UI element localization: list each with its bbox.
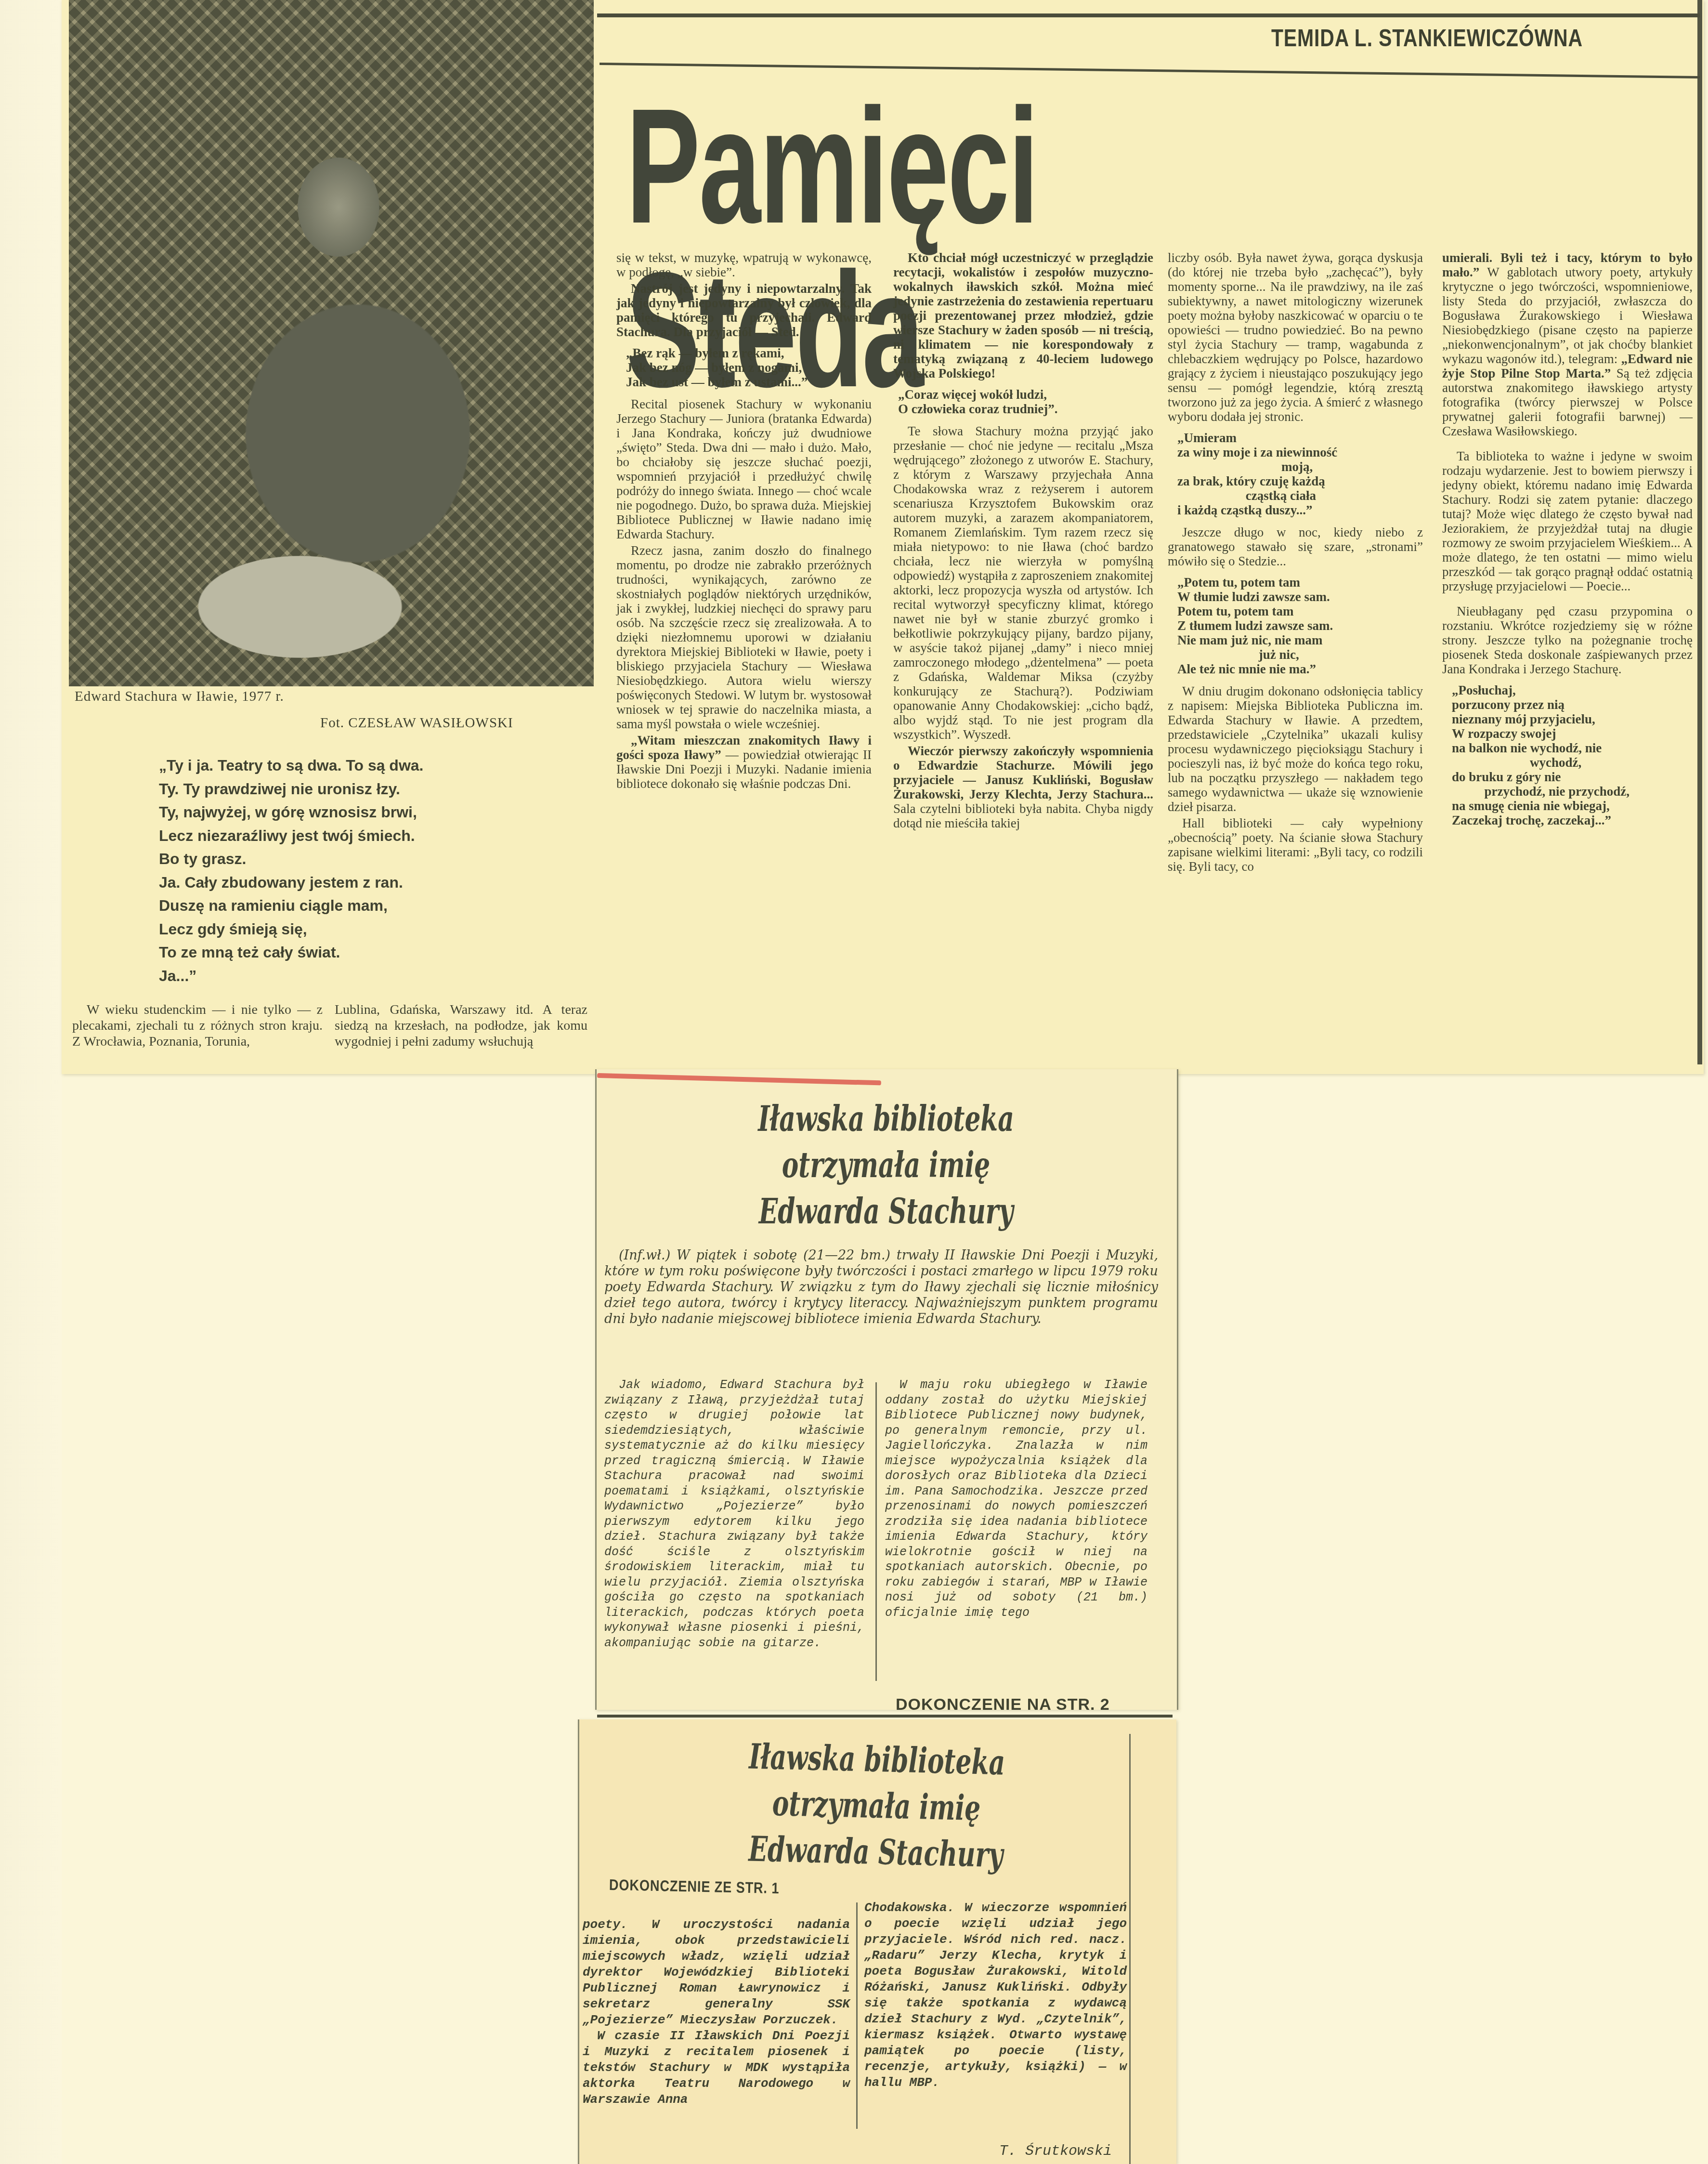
paragraph: liczby osób. Była nawet żywa, gorąca dys… <box>1168 250 1423 424</box>
article2-column-1: Jak wiadomo, Edward Stachura był związan… <box>604 1377 864 1651</box>
poem-quote: „Coraz więcej wokół ludzi, O człowieka c… <box>898 387 1153 416</box>
photo-credit: Fot. CZESŁAW WASIŁOWSKI <box>320 715 513 731</box>
paragraph: W wieku studenckim — i nie tylko — z ple… <box>72 1002 323 1049</box>
paragraph: Te słowa Stachury można przyjąć jako prz… <box>893 424 1153 742</box>
paragraph: W gablotach utwory poety, artykuły kryty… <box>1442 265 1693 366</box>
paragraph: się w tekst, w muzykę, wpatrują w wykona… <box>616 250 872 279</box>
paragraph: Recital piosenek Stachury w wykonaniu Je… <box>616 397 872 541</box>
paragraph: Nastrój jest jedyny i niepowtarzalny. Ta… <box>616 281 872 339</box>
paragraph: W czasie II Iławskich Dni Poezji i Muzyk… <box>583 2028 850 2108</box>
byline: TEMIDA L. STANKIEWICZÓWNA <box>1271 24 1583 52</box>
paragraph: Lublina, Gdańska, Warszawy itd. A teraz … <box>335 1002 587 1049</box>
column-separator <box>875 1382 877 1681</box>
paragraph: poety. W uroczystości nadania imienia, o… <box>583 1917 850 2028</box>
author-signature: T. Śrutkowski <box>999 2143 1112 2160</box>
paragraph: W maju roku ubiegłego w Iławie oddany zo… <box>885 1377 1147 1620</box>
column-separator <box>856 1902 858 2129</box>
paragraph: Jak wiadomo, Edward Stachura był związan… <box>604 1377 864 1651</box>
continued-from-note: DOKONCZENIE ZE STR. 1 <box>609 1876 780 1897</box>
scan-background <box>0 0 62 2164</box>
clipping-edge <box>1129 1734 1131 2164</box>
photo-caption: Edward Stachura w Iławie, 1977 r. <box>75 689 284 705</box>
paragraph-bold: Wieczór pierwszy zakończyły wspomnienia … <box>893 744 1153 801</box>
article-column-1: się w tekst, w muzykę, wpatrują w wykona… <box>616 250 872 793</box>
headline-line: Edwarda Stachury <box>678 1188 1094 1234</box>
article2-column-2: W maju roku ubiegłego w Iławie oddany zo… <box>885 1377 1147 1620</box>
poem-quote: „Posłuchaj, porzucony przez nią nieznany… <box>1452 683 1693 827</box>
headline-line: otrzymała imię <box>678 1142 1094 1188</box>
headline-3: Iławska biblioteka otrzymała imię Edward… <box>664 1731 1089 1880</box>
paragraph: Kto chciał mógł uczestniczyć w przeglądz… <box>893 250 1153 380</box>
bottom-rule <box>597 1715 1173 1718</box>
headline-2: Iławska biblioteka otrzymała imię Edward… <box>678 1096 1094 1234</box>
paragraph: W dniu drugim dokonano odsłonięcia tabli… <box>1168 684 1423 814</box>
article-column-2: Kto chciał mógł uczestniczyć w przeglądz… <box>893 250 1153 832</box>
column-rule <box>1697 0 1702 1064</box>
photo-edward-stachura <box>69 0 594 686</box>
poem-intro: „Ty i ja. Teatry to są dwa. To są dwa. T… <box>159 754 429 987</box>
article2-lead: (Inf.wł.) W piątek i sobotę (21—22 bm.) … <box>604 1247 1158 1327</box>
article3-column-2: Chodakowska. W wieczorze wspomnień o poe… <box>864 1900 1127 2091</box>
paragraph: Chodakowska. W wieczorze wspomnień o poe… <box>864 1900 1127 2091</box>
paragraph: Hall biblioteki — cały wypełniony „obecn… <box>1168 816 1423 874</box>
headline-line: Iławska biblioteka <box>678 1096 1094 1142</box>
top-rule <box>597 13 1700 17</box>
paragraph: Ta biblioteka to ważne i jedyne w swoim … <box>1442 449 1693 593</box>
poem-quote: „Umieram za winy moje i za niewinność mo… <box>1177 431 1423 517</box>
paragraph: Jeszcze długo w noc, kiedy niebo z grana… <box>1168 525 1423 568</box>
paragraph: (Inf.wł.) W piątek i sobotę (21—22 bm.) … <box>604 1247 1158 1327</box>
lead-col-a: W wieku studenckim — i nie tylko — z ple… <box>72 1002 323 1051</box>
article3-column-1: poety. W uroczystości nadania imienia, o… <box>583 1917 850 2108</box>
paragraph: Sala czytelni biblioteki była nabita. Ch… <box>893 801 1153 830</box>
continued-note: DOKONCZENIE NA STR. 2 <box>896 1695 1110 1714</box>
article-column-3: liczby osób. Była nawet żywa, gorąca dys… <box>1168 250 1423 876</box>
lead-col-b: Lublina, Gdańska, Warszawy itd. A teraz … <box>335 1002 587 1051</box>
poem-quote: „Potem tu, potem tam W tłumie ludzi zaws… <box>1177 575 1423 676</box>
paragraph: Rzecz jasna, zanim doszło do finalnego m… <box>616 543 872 731</box>
paragraph: Nieubłagany pęd czasu przypomina o rozst… <box>1442 604 1693 676</box>
article-column-4: umierali. Byli też i tacy, którym to był… <box>1442 250 1693 835</box>
poem-quote: „Bez rąk — byłem z rękami, Jak bez nóg —… <box>626 346 872 389</box>
